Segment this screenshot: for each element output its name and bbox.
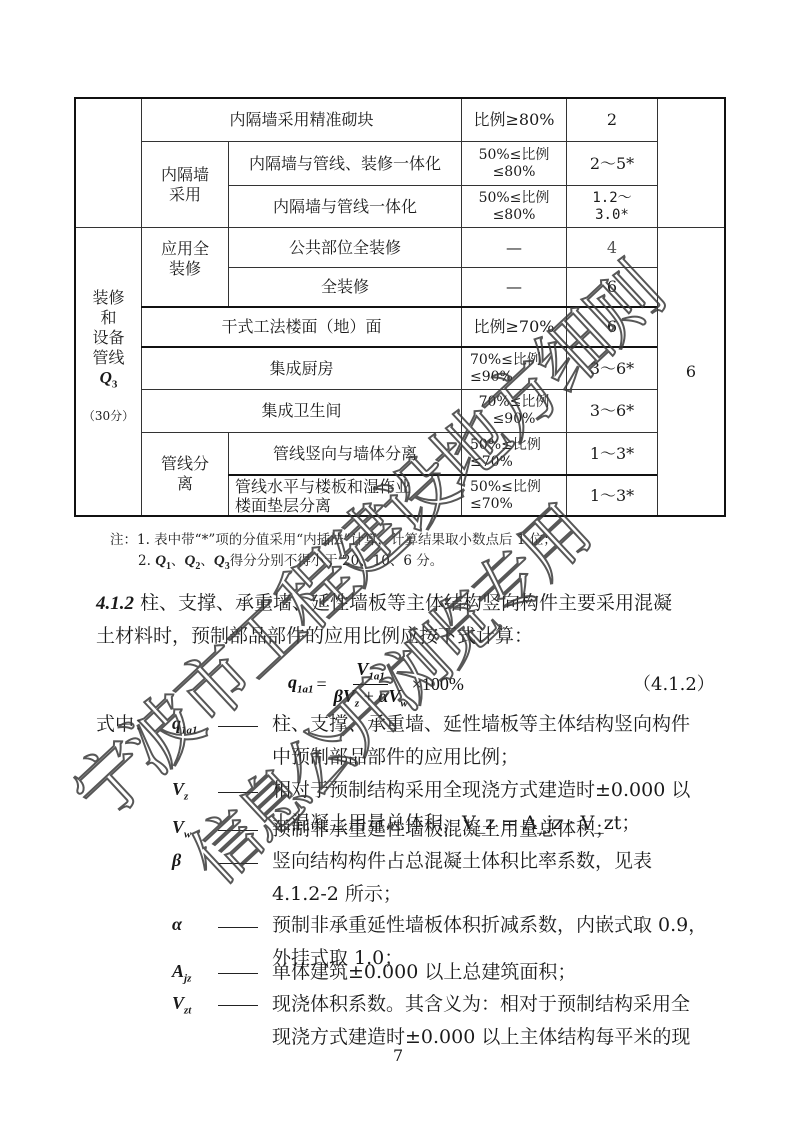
score-cell: 2 <box>567 99 657 141</box>
symbol-q1a1: q1a1 <box>172 713 198 737</box>
symbol-alpha: α <box>172 914 182 935</box>
definition-line: 预制非承重延性墙板混凝土用量总体积； <box>272 813 728 846</box>
score-cell: 2～5* <box>567 142 657 185</box>
requirement-cell: — <box>462 268 566 306</box>
requirement-cell: 70%≤比例 ≤90% <box>462 348 566 389</box>
separator: 、 <box>200 553 214 569</box>
score-cell: 3～6* <box>567 348 657 389</box>
section-divider <box>76 227 724 228</box>
score-cell: 3～6* <box>567 390 657 432</box>
item-cell: 全装修 <box>229 268 461 306</box>
clause-text: 土材料时，预制部品部件的应用比例应按下式计算： <box>96 620 726 653</box>
em-dash <box>218 1005 258 1006</box>
symbol-vw: Vw <box>172 817 191 841</box>
item-cell: 内隔墙与管线、装修一体化 <box>229 142 461 185</box>
definition-line: 4.1.2-2 所示； <box>272 878 728 911</box>
score-cell: 1～3* <box>567 476 657 515</box>
group-symbol: Q3 <box>83 368 134 394</box>
requirement-cell: 50%≤比例 ≤80% <box>462 142 566 185</box>
symbol-beta: β <box>172 850 181 871</box>
symbol-ajz: Ajz <box>172 961 191 985</box>
definition-line: 预制非承重延性墙板体积折减系数，内嵌式取 0.9， <box>272 909 728 942</box>
group-title: 装修 和 设备 管线 Q3 （30分） <box>83 288 134 426</box>
group-title-line: 装修 <box>83 288 134 308</box>
definition-vzt: 现浇体积系数。其含义为：相对于预制结构采用全 现浇方式建造时±0.000 以上主… <box>272 988 728 1054</box>
note-text: 得分分别不得小于 20、10、6 分。 <box>230 553 444 569</box>
table-note-1: 注：1. 表中带“*”项的分值采用“内插法”计算，计算结果取小数点后 1 位； <box>110 530 557 550</box>
item-cell: 管线水平与楼板和湿作业 楼面垫层分离 <box>229 476 461 515</box>
definition-ajz: 单体建筑±0.000 以上总建筑面积； <box>272 956 728 989</box>
definitions-lead: 式中： <box>96 708 153 741</box>
clause-text: 柱、支撑、承重墙、延性墙板等主体结构竖向构件主要采用混凝 <box>134 592 672 614</box>
subgroup-cell: 内隔墙 采用 <box>142 142 228 227</box>
q2-symbol: Q2 <box>185 553 201 569</box>
definition-line: 竖向结构构件占总混凝土体积比率系数，见表 <box>272 845 728 878</box>
score-cell: 1.2～ 3.0* <box>567 186 657 227</box>
item-cell: 集成厨房 <box>142 348 461 389</box>
item-cell: 管线竖向与墙体分离 <box>229 433 461 474</box>
requirement-cell: 50%≤比例 ≤70% <box>462 476 566 515</box>
q1-symbol: Q1 <box>155 553 171 569</box>
equation-number: （4.1.2） <box>633 670 715 696</box>
clause-paragraph: 4.1.2 柱、支撑、承重墙、延性墙板等主体结构竖向构件主要采用混凝 土材料时，… <box>96 587 726 653</box>
item-cell: 集成卫生间 <box>142 390 461 432</box>
numerator: V1a1 <box>353 659 388 685</box>
subgroup-cell: 管线分 离 <box>142 433 228 515</box>
note-number: 2. <box>138 553 151 569</box>
em-dash <box>218 792 258 793</box>
table-note-2: 2. Q1、Q2、Q3得分分别不得小于 20、10、6 分。 <box>138 551 443 577</box>
definition-line: 单体建筑±0.000 以上总建筑面积； <box>272 956 728 989</box>
definition-line: 中预制部品部件的应用比例； <box>272 741 728 774</box>
formula: q1a1 = V1a1 βVz + αVw ×100% <box>288 660 464 708</box>
symbol-vz: Vz <box>172 779 188 803</box>
score-cell: 1～3* <box>567 433 657 474</box>
requirement-cell: 比例≥70% <box>462 308 566 346</box>
item-cell: 公共部位全装修 <box>229 229 461 267</box>
definition-line: 相对于预制结构采用全现浇方式建造时±0.000 以 <box>272 774 728 807</box>
em-dash <box>218 973 258 974</box>
note-text: 1. 表中带“*”项的分值采用“内插法”计算，计算结果取小数点后 1 位； <box>137 532 557 548</box>
times-100-percent: ×100% <box>412 674 464 695</box>
group-title-line: 和 <box>83 308 134 328</box>
denominator: βVz + αVw <box>334 685 408 710</box>
scoring-table: 内隔墙采用精准砌块 比例≥80% 2 内隔墙 采用 内隔墙与管线、装修一体化 5… <box>74 97 726 517</box>
em-dash <box>218 726 258 727</box>
document-page: 内隔墙采用精准砌块 比例≥80% 2 内隔墙 采用 内隔墙与管线、装修一体化 5… <box>0 0 800 1131</box>
group-points: （30分） <box>83 406 134 426</box>
definition-line: 现浇方式建造时±0.000 以上主体结构每平米的现 <box>272 1021 728 1054</box>
section-group-q3: 装修 和 设备 管线 Q3 （30分） <box>76 229 141 515</box>
score-cell: 6 <box>567 268 657 306</box>
em-dash <box>218 863 258 864</box>
fraction: V1a1 βVz + αVw <box>334 659 408 709</box>
note-prefix: 注： <box>110 532 137 548</box>
definition-line: 柱、支撑、承重墙、延性墙板等主体结构竖向构件 <box>272 708 728 741</box>
definition-q1a1: 柱、支撑、承重墙、延性墙板等主体结构竖向构件 中预制部品部件的应用比例； <box>272 708 728 774</box>
separator: 、 <box>171 553 185 569</box>
requirement-cell: 70%≤比例 ≤90% <box>462 390 566 432</box>
equals-sign: = <box>317 674 327 695</box>
requirement-cell: 50%≤比例 ≤80% <box>462 186 566 227</box>
item-cell: 内隔墙与管线一体化 <box>229 186 461 227</box>
requirement-cell: 比例≥80% <box>462 99 566 141</box>
min-score-cell: 6 <box>658 229 724 515</box>
clause-number: 4.1.2 <box>96 593 134 614</box>
q3-symbol: Q3 <box>214 553 230 569</box>
em-dash <box>218 927 258 928</box>
definition-line: 现浇体积系数。其含义为：相对于预制结构采用全 <box>272 988 728 1021</box>
group-title-line: 设备 <box>83 328 134 348</box>
score-cell: 6 <box>567 308 657 346</box>
requirement-cell: — <box>462 229 566 267</box>
em-dash <box>218 830 258 831</box>
definition-beta: 竖向结构构件占总混凝土体积比率系数，见表 4.1.2-2 所示； <box>272 845 728 911</box>
requirement-cell: 50%≤比例 ≤70% <box>462 433 566 474</box>
group-title-line: 管线 <box>83 348 134 368</box>
item-cell: 干式工法楼面（地）面 <box>142 308 461 346</box>
formula-lhs: q1a1 <box>288 672 314 696</box>
page-number: 7 <box>393 1046 403 1065</box>
symbol-vzt: Vzt <box>172 993 191 1017</box>
definition-vw: 预制非承重延性墙板混凝土用量总体积； <box>272 813 728 846</box>
score-cell: 4 <box>567 229 657 267</box>
subgroup-cell: 应用全 装修 <box>142 229 228 306</box>
item-cell: 内隔墙采用精准砌块 <box>142 99 461 141</box>
